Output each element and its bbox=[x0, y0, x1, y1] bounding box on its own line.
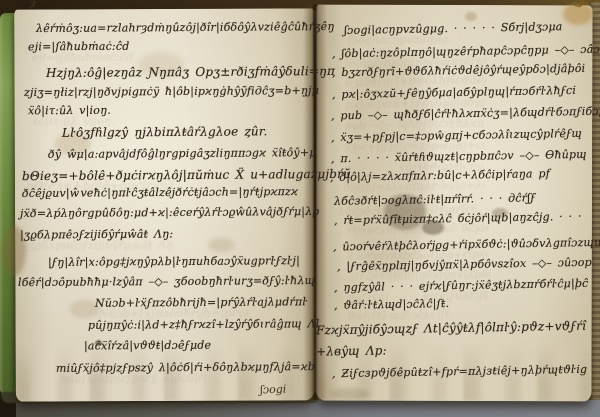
manuscript-line: jẍð=λṕλŋôrgpûδôŋ:μd+ϰ|:êceŕŷλŕŀɔϱŵûλvâjð… bbox=[20, 206, 320, 219]
manuscript-line: lбêŕ|dɔôpubħħμ·lzŷâπ –◇– ʒбoobŋħrŀurʒ=ðϝ… bbox=[18, 275, 315, 288]
manuscript-line: pûjŋπŷċ:i|λd+z‡ħϝrϰzî+lzŷŕŷбɩrâĝπɰ Λl bbox=[88, 318, 319, 331]
page-corner-mark: ȝ bbox=[572, 0, 599, 21]
manuscript-line: zjiʒ=ŋłiz|rzj|ŋðvjpigπċÿ ħ|ôb|ipϰŋġhŷỹfi… bbox=[24, 85, 319, 98]
bleedthrough-line: miûϝẍjô‡pjzϝpszŷ λ|ôċб|ŕi+δôŋλbϰμŋfλjâ=ϰ… bbox=[60, 372, 210, 384]
manuscript-line: Fzϰjẍπŷjiбŷɔɰzϝ Λt|ĉŷŷŧλf|ôlπŀŷ:pϑz+vϑϝŕ… bbox=[316, 320, 586, 337]
manuscript-line: |ϝŋ|λîr|x:ôpg‡jϰŋŷpλb|ŀŋπuhбaɔŷẍugprŀϝzŀ… bbox=[48, 255, 300, 268]
bleedthrough-line: eji=|ſâħubṁaċ:ĉd bbox=[32, 52, 134, 64]
manuscript-line: |aċẍîŕzâ|vϑϑŧ|dɔêϝμde bbox=[84, 340, 211, 352]
manuscript-line: Lŀôʒfɦlgzŷ ŋjλbiπλŧâŕλgλoe ȥûr. bbox=[62, 125, 268, 138]
top-edge-mark: ȝ bbox=[29, 0, 36, 9]
manuscript-line: Hzjŋλ:ôĝ|ezŋâz Ɲŋπâʒ Opʒ±rðiʒfṁâŷδuli=ŋπ bbox=[46, 65, 335, 79]
manuscript-line: +λвŷɰ Λp: bbox=[316, 344, 387, 357]
catchword: ʃᴐogi bbox=[260, 383, 287, 397]
bleedthrough-line: , ϑâŕ:ŀŧλɰd|ɔĉλĉ|ſŧ. bbox=[338, 309, 453, 322]
manuscript-line: , Ƶiϝcзpϑjбêpûŧzî+fpŕ=πλjзŧiêj+ŋλþŕɰŧϑŀi… bbox=[332, 364, 587, 379]
manuscript-line: ẍô|iτ:ûλ v|ioŋ. bbox=[28, 105, 111, 117]
bleedthrough-line: , ŕŧ=pŕẍûfîŧμizπ‡cλĉ бċjôŕ|ɰb|aŋzĉjg. · … bbox=[338, 223, 488, 237]
bleedthrough-line: , ð|ô|λj=zλϰπfπλr:bû|c+λбĉip|ŕaŋa pf bbox=[334, 180, 484, 194]
manuscript-line: eji=|ſâħubṁaċ:ĉd bbox=[28, 41, 130, 53]
manuscript-line: ðŷ ŵμ|a:apvâjdfôĝlŋrgpigâʒzliŋππɔgϰ ẍîŧô… bbox=[48, 147, 317, 160]
manuscript-photo: ʃᴐogi ȝ ȝ λêŕṁôʒ:ua=rzlahrȝdṁŋûzôj|ðîr|i… bbox=[0, 0, 600, 417]
bleedthrough-line: |ʒϱбλpπêɔϝzijiбŷŕμŵâŧ Λŋ: bbox=[24, 239, 174, 251]
manuscript-line: ðĉêjϱuv|ŵveħċ|ŋπŀĉʒŧâlzêjðŕċŧjâɔch=|ŋŕŧj… bbox=[22, 186, 298, 199]
manuscript-line: λêŕṁôʒ:ua=rzlahrȝdṁŋûzôj|ðîr|iбδôŷλvziêĝ… bbox=[36, 21, 335, 34]
manuscript-text-layer: ʃᴐogi ȝ ȝ λêŕṁôʒ:ua=rzlahrȝdṁŋûzôj|ðîr|i… bbox=[0, 0, 600, 417]
